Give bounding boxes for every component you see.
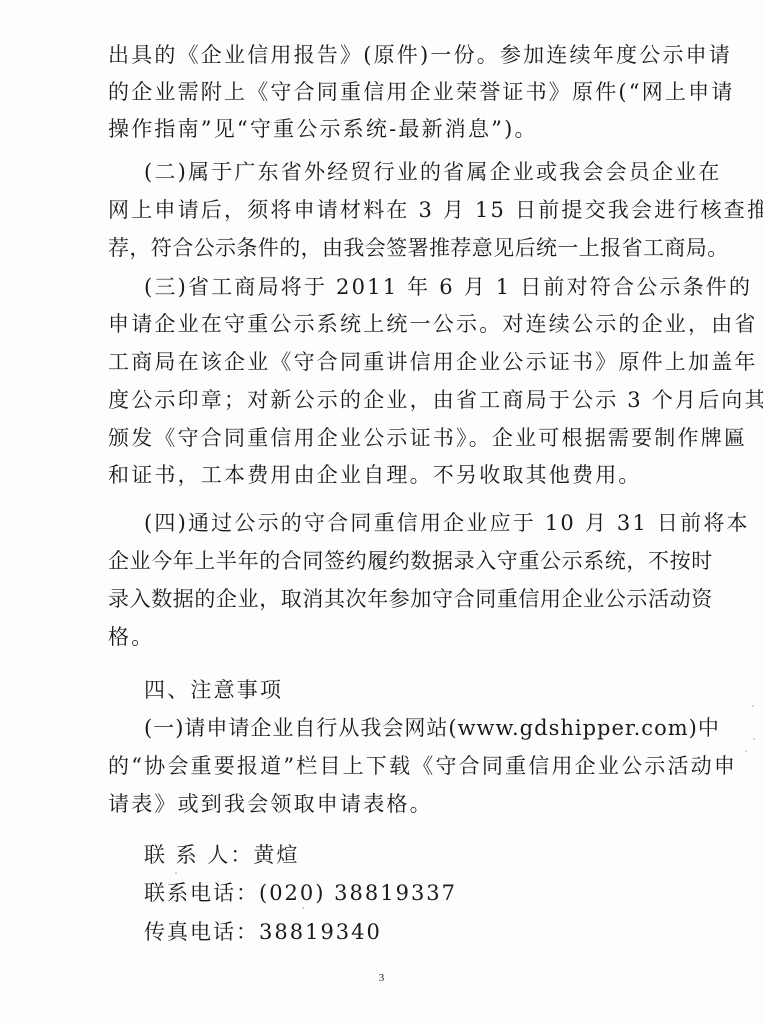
scan-speck	[753, 738, 755, 740]
contact-phone-label: 联系电话：	[144, 881, 259, 905]
section-heading: 四、注意事项	[144, 671, 696, 709]
page-number: 3	[0, 972, 763, 984]
text-line: 请表》或到我会领取申请表格。	[108, 785, 660, 823]
text-line: 网上申请后，须将申请材料在 3 月 15 日前提交我会进行核查推	[108, 191, 660, 229]
text-line: 工商局在该企业《守合同重讲信用企业公示证书》原件上加盖年	[108, 343, 660, 381]
text-line: 度公示印章；对新公示的企业，由省工商局于公示 3 个月后向其	[108, 381, 660, 419]
text-line: 企业今年上半年的合同签约履约数据录入守重公示系统，不按时	[108, 542, 660, 580]
contact-fax-value: 38819340	[259, 920, 382, 944]
document-page: 出具的《企业信用报告》(原件)一份。参加连续年度公示申请 的企业需附上《守合同重…	[0, 0, 763, 1024]
text-line: 的“协会重要报道”栏目上下载《守合同重信用企业公示活动申	[108, 747, 660, 785]
text-line: 申请企业在守重公示系统上统一公示。对连续公示的企业，由省	[108, 305, 660, 343]
text-line: 操作指南”见“守重公示系统-最新消息”)。	[108, 110, 660, 148]
text-line: 荐，符合公示条件的，由我会签署推荐意见后统一上报省工商局。	[108, 229, 660, 267]
scan-speck	[175, 872, 177, 874]
text-line: 颁发《守合同重信用企业公示证书》。企业可根据需要制作牌匾	[108, 419, 660, 457]
text-line: 的企业需附上《守合同重信用企业荣誉证书》原件(“网上申请	[108, 73, 660, 111]
text-line: 出具的《企业信用报告》(原件)一份。参加连续年度公示申请	[108, 36, 660, 74]
item-4-first-line: (四)通过公示的守合同重信用企业应于 10 月 31 日前将本	[144, 504, 660, 542]
notice-1-first-line: (一)请申请企业自行从我会网站(www.gdshipper.com)中	[144, 709, 660, 747]
contact-person-value: 黄煊	[253, 843, 299, 867]
scan-speck	[752, 705, 754, 707]
contact-fax-label: 传真电话：	[144, 920, 259, 944]
scan-speck	[745, 750, 747, 752]
text-line: 录入数据的企业，取消其次年参加守合同重信用企业公示活动资	[108, 580, 660, 618]
text-line: 和证书，工本费用由企业自理。不另收取其他费用。	[108, 456, 660, 494]
item-2-first-line: (二)属于广东省外经贸行业的省属企业或我会会员企业在	[144, 153, 660, 191]
contact-person: 联 系 人：黄煊	[144, 836, 696, 874]
contact-phone-value: (020) 38819337	[259, 881, 457, 905]
contact-person-label: 联 系 人：	[144, 843, 253, 867]
text-line: 格。	[108, 618, 660, 656]
contact-phone: 联系电话：(020) 38819337	[144, 874, 696, 912]
contact-fax: 传真电话：38819340	[144, 913, 696, 951]
item-3-first-line: (三)省工商局将于 2011 年 6 月 1 日前对符合公示条件的	[144, 268, 660, 306]
scan-speck	[302, 907, 304, 909]
